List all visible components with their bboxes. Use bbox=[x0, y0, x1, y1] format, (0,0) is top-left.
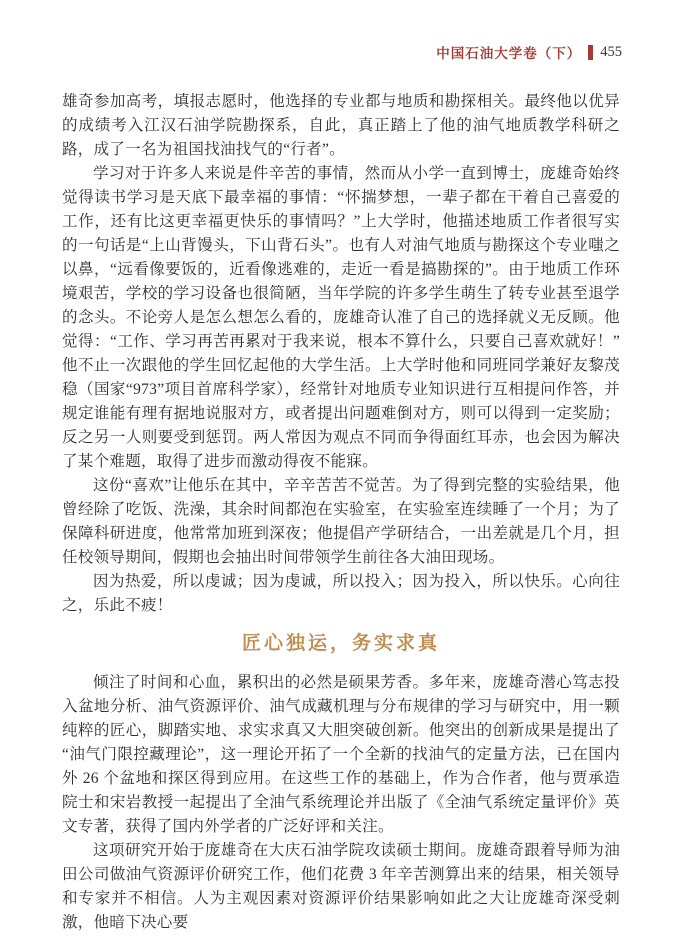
running-head-title: 中国石油大学卷（下） bbox=[436, 42, 581, 62]
page-body: 雄奇参加高考，填报志愿时，他选择的专业都与地质和勘探相关。最终他以优异的成绩考入… bbox=[62, 90, 620, 935]
body-paragraph: 因为热爱，所以虔诚；因为虔诚，所以投入；因为投入，所以快乐。心向往之，乐此不疲！ bbox=[62, 570, 620, 618]
header-divider-bar bbox=[588, 45, 593, 60]
body-paragraph: 这份“喜欢”让他乐在其中，辛辛苦苦不觉苦。为了得到完整的实验结果，他曾经除了吃饭… bbox=[62, 474, 620, 570]
section-heading: 匠心独运，务实求真 bbox=[62, 631, 620, 657]
page-number: 455 bbox=[600, 44, 622, 61]
page-header: 中国石油大学卷（下） 455 bbox=[0, 0, 680, 60]
book-page: 中国石油大学卷（下） 455 雄奇参加高考，填报志愿时，他选择的专业都与地质和勘… bbox=[0, 0, 680, 945]
body-paragraph: 倾注了时间和心血，累积出的必然是硕果芳香。多年来，庞雄奇潜心笃志投入盆地分析、油… bbox=[62, 671, 620, 839]
body-paragraph: 学习对于许多人来说是件辛苦的事情，然而从小学一直到博士，庞雄奇始终觉得读书学习是… bbox=[62, 162, 620, 474]
body-paragraph: 雄奇参加高考，填报志愿时，他选择的专业都与地质和勘探相关。最终他以优异的成绩考入… bbox=[62, 90, 620, 162]
body-paragraph: 这项研究开始于庞雄奇在大庆石油学院攻读硕士期间。庞雄奇跟着导师为油田公司做油气资… bbox=[62, 839, 620, 935]
